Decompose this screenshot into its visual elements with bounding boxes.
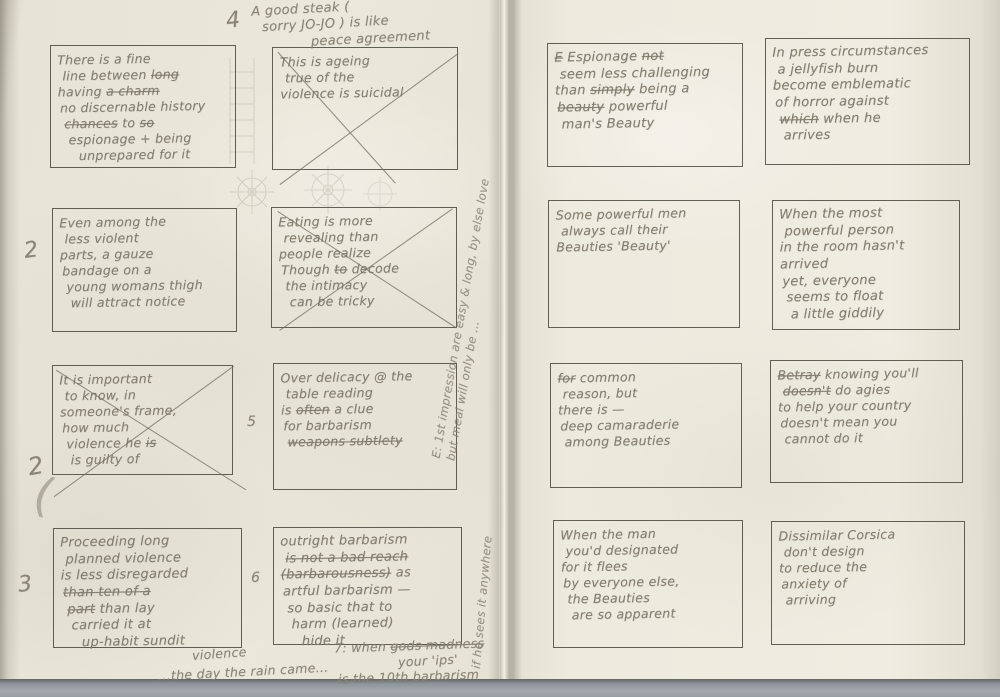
panel-right-4: When the mostpowerful personin the room … xyxy=(772,200,960,330)
handwritten-note: Dissimilar Corsicadon't designto reduce … xyxy=(778,525,957,608)
panel-left-6: Over delicacy @ thetable readingis often… xyxy=(273,363,457,490)
panel-right-1: E Espionage notseem less challengingthan… xyxy=(547,43,743,167)
panel-left-8: outright barbarismis not a bad reach(bar… xyxy=(273,527,462,645)
handwritten-note: for commonreason, butthere is —deep cama… xyxy=(557,367,734,450)
page-number-annotation: 4 xyxy=(225,7,242,33)
handwritten-note: There is a fineline between longhaving a… xyxy=(57,50,229,165)
scanner-bed xyxy=(0,679,1000,697)
handwritten-note: Betray knowing you'lldoesn't do agiesto … xyxy=(777,364,955,447)
panel-right-5: for commonreason, butthere is —deep cama… xyxy=(550,363,742,488)
handwritten-note: When the mostpowerful personin the room … xyxy=(779,205,953,324)
handwritten-note: Even among theless violentparts, a gauze… xyxy=(59,213,230,312)
panel-left-1: There is a fineline between longhaving a… xyxy=(50,45,236,168)
handwritten-note: outright barbarismis not a bad reach(bar… xyxy=(280,531,455,650)
panel-right-3: Some powerful menalways call theirBeauti… xyxy=(548,200,740,328)
top-margin-note: A good steak (sorry JO-JO ) is likepeace… xyxy=(251,0,431,53)
panel-left-3: Even among theless violentparts, a gauze… xyxy=(52,208,237,332)
handwritten-note: Proceeding longplanned violenceis less d… xyxy=(60,532,235,651)
notebook-scan: There is a fineline between longhaving a… xyxy=(0,0,1000,697)
margin-number: 6 xyxy=(251,570,260,586)
x-crossout xyxy=(270,48,466,186)
handwritten-note: Some powerful menalways call theirBeauti… xyxy=(556,204,733,255)
handwritten-note: In press circumstancesa jellyfish burnbe… xyxy=(772,42,963,145)
margin-number: 5 xyxy=(247,414,256,430)
handwritten-note: When the manyou'd designatedfor it flees… xyxy=(560,524,736,623)
panel-right-8: Dissimilar Corsicadon't designto reduce … xyxy=(771,521,965,645)
panel-right-2: In press circumstancesa jellyfish burnbe… xyxy=(765,38,970,165)
panel-right-6: Betray knowing you'lldoesn't do agiesto … xyxy=(770,360,963,483)
handwritten-note: Over delicacy @ thetable readingis often… xyxy=(280,368,449,451)
gutter-spine xyxy=(488,0,522,682)
x-crossout xyxy=(272,205,462,333)
panel-left-7: Proceeding longplanned violenceis less d… xyxy=(53,528,242,648)
panel-right-7: When the manyou'd designatedfor it flees… xyxy=(553,520,743,648)
x-crossout xyxy=(48,362,250,498)
handwritten-note: E Espionage notseem less challengingthan… xyxy=(554,47,735,133)
margin-number: 3 xyxy=(17,571,34,597)
